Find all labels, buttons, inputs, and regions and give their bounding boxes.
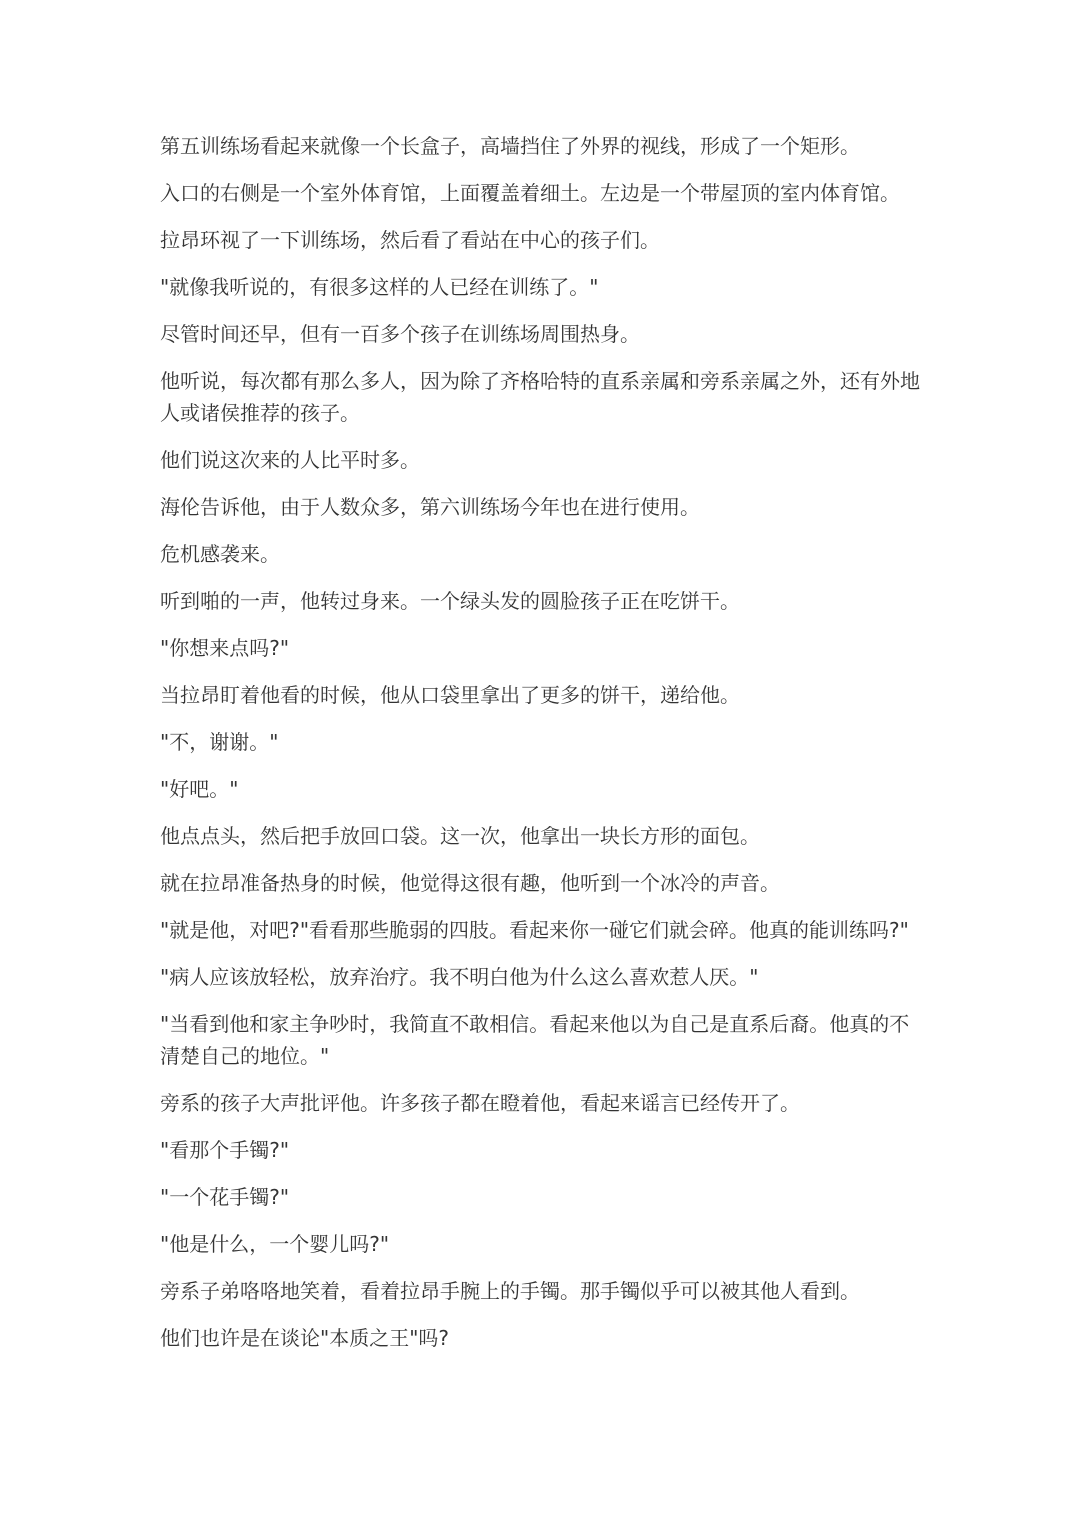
paragraph: 旁系的孩子大声批评他。许多孩子都在瞪着他，看起来谣言已经传开了。: [160, 1087, 920, 1119]
paragraph: "就像我听说的，有很多这样的人已经在训练了。": [160, 271, 920, 303]
paragraph: 旁系子弟咯咯地笑着，看着拉昂手腕上的手镯。那手镯似乎可以被其他人看到。: [160, 1275, 920, 1307]
paragraph: "病人应该放轻松，放弃治疗。我不明白他为什么这么喜欢惹人厌。": [160, 961, 920, 993]
paragraph: 就在拉昂准备热身的时候，他觉得这很有趣，他听到一个冰冷的声音。: [160, 867, 920, 899]
paragraph: "不，谢谢。": [160, 726, 920, 758]
document-page: 第五训练场看起来就像一个长盒子，高墙挡住了外界的视线，形成了一个矩形。入口的右侧…: [0, 0, 1074, 1519]
paragraph: "好吧。": [160, 773, 920, 805]
paragraph: "就是他，对吧?"看看那些脆弱的四肢。看起来你一碰它们就会碎。他真的能训练吗?": [160, 914, 920, 946]
paragraph: "一个花手镯?": [160, 1181, 920, 1213]
paragraph: 他听说，每次都有那么多人，因为除了齐格哈特的直系亲属和旁系亲属之外，还有外地人或…: [160, 365, 920, 429]
paragraph: 尽管时间还早，但有一百多个孩子在训练场周围热身。: [160, 318, 920, 350]
paragraph: 当拉昂盯着他看的时候，他从口袋里拿出了更多的饼干，递给他。: [160, 679, 920, 711]
paragraph: 第五训练场看起来就像一个长盒子，高墙挡住了外界的视线，形成了一个矩形。: [160, 130, 920, 162]
paragraph: "当看到他和家主争吵时，我简直不敢相信。看起来他以为自己是直系后裔。他真的不清楚…: [160, 1008, 920, 1072]
paragraph: 海伦告诉他，由于人数众多，第六训练场今年也在进行使用。: [160, 491, 920, 523]
paragraph: 听到啪的一声，他转过身来。一个绿头发的圆脸孩子正在吃饼干。: [160, 585, 920, 617]
paragraph: 他们也许是在谈论"本质之王"吗?: [160, 1322, 920, 1354]
paragraph: 危机感袭来。: [160, 538, 920, 570]
paragraph: 他们说这次来的人比平时多。: [160, 444, 920, 476]
paragraph: 拉昂环视了一下训练场，然后看了看站在中心的孩子们。: [160, 224, 920, 256]
paragraph: "他是什么，一个婴儿吗?": [160, 1228, 920, 1260]
paragraph: "看那个手镯?": [160, 1134, 920, 1166]
novel-text: 第五训练场看起来就像一个长盒子，高墙挡住了外界的视线，形成了一个矩形。入口的右侧…: [0, 0, 1074, 1354]
paragraph: 他点点头，然后把手放回口袋。这一次，他拿出一块长方形的面包。: [160, 820, 920, 852]
paragraph: 入口的右侧是一个室外体育馆，上面覆盖着细土。左边是一个带屋顶的室内体育馆。: [160, 177, 920, 209]
paragraph: "你想来点吗?": [160, 632, 920, 664]
